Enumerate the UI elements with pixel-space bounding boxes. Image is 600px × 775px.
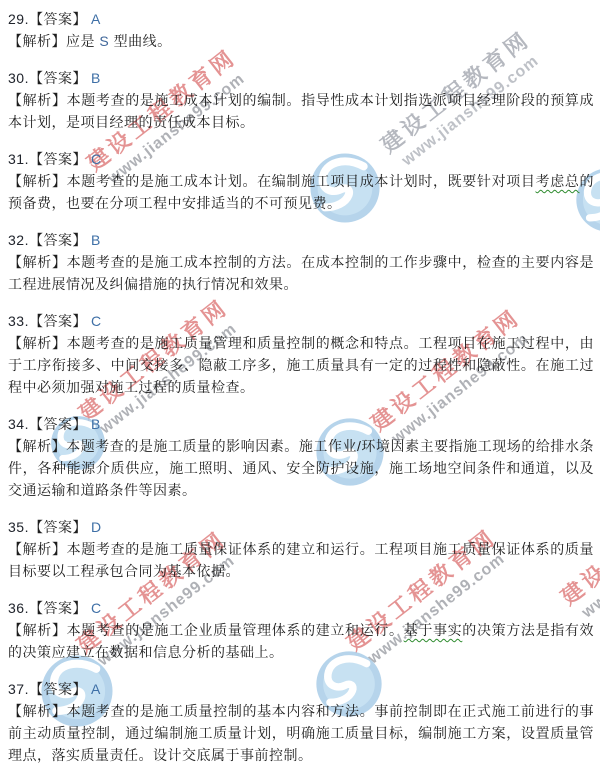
analysis-text-segment: 本题考查的是施工质量控制的基本内容和方法。事前控制即在正式施工前进行的事前主动质… — [8, 703, 594, 763]
analysis-paragraph: 【解析】本题考查的是施工成本控制的方法。在成本控制的工作步骤中，检查的主要内容是… — [8, 251, 594, 295]
analysis-text-segment: 本题考查的是施工成本计划的编制。指导性成本计划指选派项目经理阶段的预算成本计划，… — [8, 92, 594, 130]
answer-letter: A — [91, 681, 101, 697]
analysis-text-spellcheck: 考虑总 — [536, 173, 580, 189]
answer-line: 36.【答案】C — [8, 597, 594, 619]
question-number: 29. — [8, 11, 29, 27]
analysis-text: 本题考查的是施工质量控制的基本内容和方法。事前控制即在正式施工前进行的事前主动质… — [8, 703, 594, 763]
answer-sheet: 29.【答案】A 【解析】应是 S 型曲线。 30.【答案】B 【解析】本题考查… — [0, 0, 600, 766]
question-block: 31.【答案】C 【解析】本题考查的是施工成本计划。在编制施工项目成本计划时，既… — [8, 148, 594, 214]
analysis-text-segment: 本题考查的是施工成本计划。在编制施工项目成本计划时，既要针对项目 — [67, 173, 536, 189]
question-block: 34.【答案】B 【解析】本题考查的是施工质量的影响因素。施工作业/环境因素主要… — [8, 413, 594, 501]
answer-label: 【答案】 — [29, 681, 87, 697]
analysis-label: 【解析】 — [8, 254, 67, 270]
analysis-text-segment: 本题考查的是施工质量保证体系的建立和运行。工程项目施工质量保证体系的质量目标要以… — [8, 541, 594, 579]
analysis-text-segment: 本题考查的是施工质量管理和质量控制的概念和特点。工程项目在施工过程中，由于工序衔… — [8, 335, 594, 395]
question-number: 37. — [8, 681, 29, 697]
analysis-text-segment: 本题考查的是施工成本控制的方法。在成本控制的工作步骤中，检查的主要内容是工程进展… — [8, 254, 594, 292]
answer-line: 30.【答案】B — [8, 67, 594, 89]
analysis-text-segment: 本题考查的是施工企业质量管理体系的建立和运行。 — [67, 622, 404, 638]
analysis-text: 本题考查的是施工成本计划。在编制施工项目成本计划时，既要针对项目考虑总的预备费，… — [8, 173, 594, 211]
analysis-text: 应是 S 型曲线。 — [66, 33, 172, 49]
analysis-paragraph: 【解析】本题考查的是施工质量的影响因素。施工作业/环境因素主要指施工现场的给排水… — [8, 435, 594, 501]
analysis-label: 【解析】 — [8, 438, 66, 454]
question-block: 32.【答案】B 【解析】本题考查的是施工成本控制的方法。在成本控制的工作步骤中… — [8, 229, 594, 295]
question-number: 35. — [8, 519, 29, 535]
answer-letter: D — [91, 519, 102, 535]
answer-line: 29.【答案】A — [8, 8, 594, 30]
question-block: 30.【答案】B 【解析】本题考查的是施工成本计划的编制。指导性成本计划指选派项… — [8, 67, 594, 133]
answer-letter: A — [91, 11, 101, 27]
analysis-text: 本题考查的是施工质量保证体系的建立和运行。工程项目施工质量保证体系的质量目标要以… — [8, 541, 594, 579]
answer-letter: C — [91, 151, 102, 167]
analysis-text: 本题考查的是施工质量的影响因素。施工作业/环境因素主要指施工现场的给排水条件，各… — [8, 438, 594, 498]
question-number: 32. — [8, 232, 29, 248]
analysis-label: 【解析】 — [8, 541, 67, 557]
answer-letter: B — [91, 232, 101, 248]
answer-label: 【答案】 — [29, 519, 87, 535]
analysis-paragraph: 【解析】本题考查的是施工质量管理和质量控制的概念和特点。工程项目在施工过程中，由… — [8, 332, 594, 398]
analysis-text: 本题考查的是施工成本控制的方法。在成本控制的工作步骤中，检查的主要内容是工程进展… — [8, 254, 594, 292]
analysis-paragraph: 【解析】应是 S 型曲线。 — [8, 30, 594, 52]
answer-line: 34.【答案】B — [8, 413, 594, 435]
answer-line: 31.【答案】C — [8, 148, 594, 170]
analysis-text-segment: 应是 — [66, 33, 99, 49]
answer-letter: B — [91, 416, 101, 432]
analysis-label: 【解析】 — [8, 703, 67, 719]
answer-letter: C — [91, 313, 102, 329]
answer-label: 【答案】 — [29, 11, 87, 27]
analysis-label: 【解析】 — [8, 335, 67, 351]
analysis-paragraph: 【解析】本题考查的是施工质量控制的基本内容和方法。事前控制即在正式施工前进行的事… — [8, 700, 594, 766]
analysis-paragraph: 【解析】本题考查的是施工成本计划。在编制施工项目成本计划时，既要针对项目考虑总的… — [8, 170, 594, 214]
analysis-text: 本题考查的是施工质量管理和质量控制的概念和特点。工程项目在施工过程中，由于工序衔… — [8, 335, 594, 395]
question-number: 36. — [8, 600, 29, 616]
question-number: 30. — [8, 70, 29, 86]
answer-line: 37.【答案】A — [8, 678, 594, 700]
analysis-paragraph: 【解析】本题考查的是施工企业质量管理体系的建立和运行。基于事实的决策方法是指有效… — [8, 619, 594, 663]
question-number: 33. — [8, 313, 29, 329]
answer-line: 35.【答案】D — [8, 516, 594, 538]
answer-line: 32.【答案】B — [8, 229, 594, 251]
analysis-text-segment: 型曲线。 — [109, 33, 171, 49]
answer-label: 【答案】 — [29, 70, 87, 86]
analysis-text-segment: S — [99, 33, 109, 49]
question-number: 34. — [8, 416, 29, 432]
answer-label: 【答案】 — [29, 151, 87, 167]
analysis-paragraph: 【解析】本题考查的是施工质量保证体系的建立和运行。工程项目施工质量保证体系的质量… — [8, 538, 594, 582]
answer-label: 【答案】 — [29, 313, 87, 329]
question-block: 37.【答案】A 【解析】本题考查的是施工质量控制的基本内容和方法。事前控制即在… — [8, 678, 594, 766]
answer-line: 33.【答案】C — [8, 310, 594, 332]
analysis-text-spellcheck: 基于事实 — [404, 622, 463, 638]
question-block: 35.【答案】D 【解析】本题考查的是施工质量保证体系的建立和运行。工程项目施工… — [8, 516, 594, 582]
answer-label: 【答案】 — [29, 600, 87, 616]
question-block: 36.【答案】C 【解析】本题考查的是施工企业质量管理体系的建立和运行。基于事实… — [8, 597, 594, 663]
answer-letter: B — [91, 70, 101, 86]
analysis-label: 【解析】 — [8, 92, 67, 108]
answer-letter: C — [91, 600, 102, 616]
analysis-paragraph: 【解析】本题考查的是施工成本计划的编制。指导性成本计划指选派项目经理阶段的预算成… — [8, 89, 594, 133]
answer-label: 【答案】 — [29, 232, 87, 248]
analysis-text-segment: 本题考查的是施工质量的影响因素。施工作业/环境因素主要指施工现场的给排水条件，各… — [8, 438, 594, 498]
analysis-text: 本题考查的是施工企业质量管理体系的建立和运行。基于事实的决策方法是指有效的决策应… — [8, 622, 594, 660]
question-number: 31. — [8, 151, 29, 167]
question-block: 29.【答案】A 【解析】应是 S 型曲线。 — [8, 8, 594, 52]
analysis-label: 【解析】 — [8, 173, 67, 189]
answer-label: 【答案】 — [29, 416, 87, 432]
analysis-label: 【解析】 — [8, 33, 66, 49]
question-block: 33.【答案】C 【解析】本题考查的是施工质量管理和质量控制的概念和特点。工程项… — [8, 310, 594, 398]
analysis-text: 本题考查的是施工成本计划的编制。指导性成本计划指选派项目经理阶段的预算成本计划，… — [8, 92, 594, 130]
analysis-label: 【解析】 — [8, 622, 67, 638]
